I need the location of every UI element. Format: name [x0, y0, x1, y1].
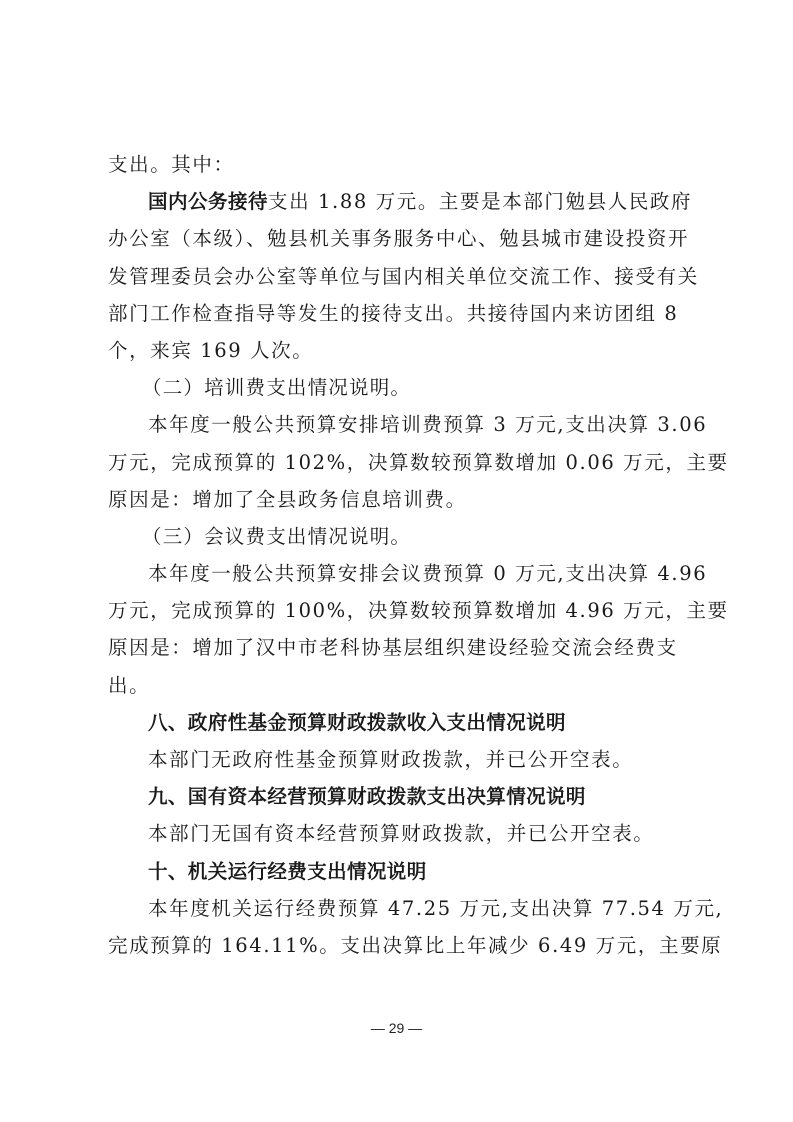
subheading-meeting: （三）会议费支出情况说明。: [108, 518, 694, 555]
section-heading-8: 八、政府性基金预算财政拨款收入支出情况说明: [108, 704, 694, 741]
bold-term-domestic-reception: 国内公务接待: [148, 190, 268, 213]
paragraph-line: 本年度机关运行经费预算 47.25 万元,支出决算 77.54 万元,: [108, 890, 694, 927]
paragraph-line: 出。: [108, 667, 694, 704]
paragraph-line: 本部门无政府性基金预算财政拨款，并已公开空表。: [108, 741, 694, 778]
paragraph-line: 完成预算的 164.11%。支出决算比上年减少 6.49 万元，主要原: [108, 927, 694, 964]
paragraph-line: 支出。其中：: [108, 146, 694, 183]
paragraph-line: 支出 1.88 万元。主要是本部门勉县人民政府: [268, 190, 692, 213]
page-number: — 29 —: [0, 1020, 793, 1036]
paragraph-reception: 国内公务接待支出 1.88 万元。主要是本部门勉县人民政府: [108, 183, 694, 220]
paragraph-line: 本年度一般公共预算安排会议费预算 0 万元,支出决算 4.96: [108, 555, 694, 592]
paragraph-line: 原因是：增加了汉中市老科协基层组织建设经验交流会经费支: [108, 629, 694, 666]
paragraph-line: 万元，完成预算的 100%，决算数较预算数增加 4.96 万元，主要: [108, 592, 694, 629]
paragraph-line: 办公室（本级）、勉县机关事务服务中心、勉县城市建设投资开: [108, 220, 694, 257]
paragraph-line: 部门工作检查指导等发生的接待支出。共接待国内来访团组 8: [108, 295, 694, 332]
paragraph-line: 本部门无国有资本经营预算财政拨款，并已公开空表。: [108, 815, 694, 852]
paragraph-line: 个，来宾 169 人次。: [108, 332, 694, 369]
paragraph-line: 本年度一般公共预算安排培训费预算 3 万元,支出决算 3.06: [108, 406, 694, 443]
paragraph-line: 原因是：增加了全县政务信息培训费。: [108, 481, 694, 518]
subheading-training: （二）培训费支出情况说明。: [108, 369, 694, 406]
section-heading-9: 九、国有资本经营预算财政拨款支出决算情况说明: [108, 778, 694, 815]
paragraph-line: 发管理委员会办公室等单位与国内相关单位交流工作、接受有关: [108, 258, 694, 295]
section-heading-10: 十、机关运行经费支出情况说明: [108, 853, 694, 890]
document-body: 支出。其中： 国内公务接待支出 1.88 万元。主要是本部门勉县人民政府 办公室…: [108, 146, 694, 964]
paragraph-line: 万元，完成预算的 102%，决算数较预算数增加 0.06 万元，主要: [108, 444, 694, 481]
